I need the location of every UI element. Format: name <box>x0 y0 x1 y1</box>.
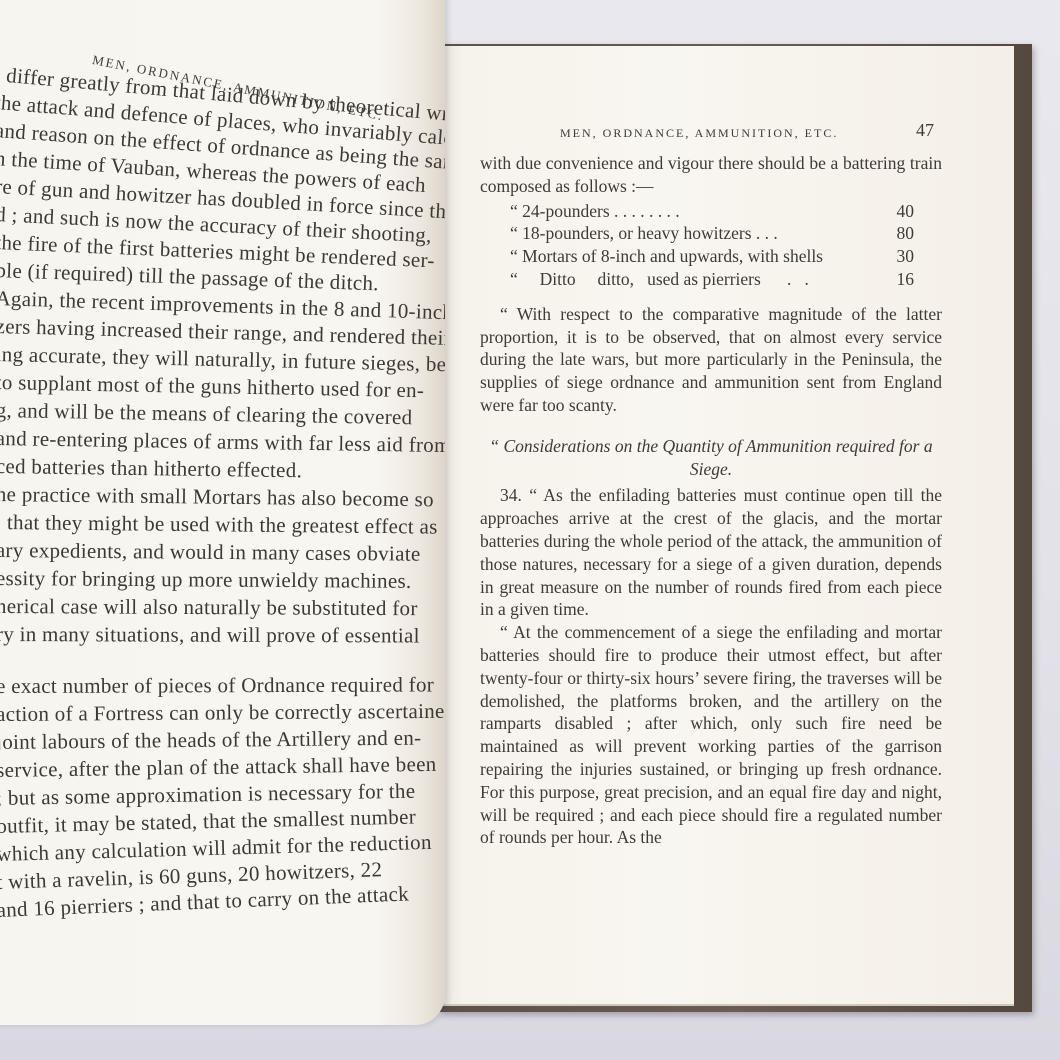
text-line: essity for bringing up more unwieldy mac… <box>0 564 436 595</box>
section-heading: “ Considerations on the Quantity of Ammu… <box>480 435 942 481</box>
left-page-body: l differ greatly from that laid down by … <box>0 60 436 924</box>
train-row: “ Mortars of 8-inch and upwards, with sh… <box>510 245 914 268</box>
text-line: herical case will also naturally be subs… <box>0 592 436 622</box>
left-page: MEN, ORDNANCE, AMMUNITION, ETC. l differ… <box>0 0 445 1025</box>
paragraph-34: 34. “ As the enfilading batteries must c… <box>480 484 942 621</box>
text-line: ary expedients, and would in many cases … <box>0 536 436 568</box>
right-page-body: with due convenience and vigour there sh… <box>480 152 942 849</box>
train-row: “ 24-pounders . . . . . . . . 40 <box>510 200 914 223</box>
page-number: 47 <box>916 120 934 141</box>
train-item-qty: 40 <box>884 200 914 223</box>
train-row: “ Ditto ditto, used as pierriers . . 16 <box>510 268 914 291</box>
battering-train-list: “ 24-pounders . . . . . . . . 40 “ 18-po… <box>510 200 914 291</box>
train-item-label: “ Mortars of 8-inch and upwards, with sh… <box>510 245 823 268</box>
text-line: e exact number of pieces of Ordnance req… <box>0 670 436 700</box>
blank-line <box>0 648 436 672</box>
train-item-label: “ 24-pounders . . . . . . . . <box>510 200 680 223</box>
paragraph-magnitude: “ With respect to the comparative magnit… <box>480 303 942 417</box>
train-item-label: “ 18-pounders, or heavy howitzers . . . <box>510 222 778 245</box>
right-page: MEN, ORDNANCE, AMMUNITION, ETC. 47 with … <box>434 46 1014 1006</box>
train-item-qty: 80 <box>884 222 914 245</box>
train-row: “ 18-pounders, or heavy howitzers . . . … <box>510 222 914 245</box>
text-line: ry in many situations, and will prove of… <box>0 620 436 650</box>
train-item-qty: 30 <box>884 245 914 268</box>
paragraph-commencement: “ At the commencement of a siege the enf… <box>480 621 942 849</box>
intro-paragraph: with due convenience and vigour there sh… <box>480 152 942 198</box>
right-running-head: MEN, ORDNANCE, AMMUNITION, ETC. <box>560 126 838 141</box>
train-item-qty: 16 <box>884 268 914 291</box>
train-item-label: “ Ditto ditto, used as pierriers . . <box>510 268 809 291</box>
